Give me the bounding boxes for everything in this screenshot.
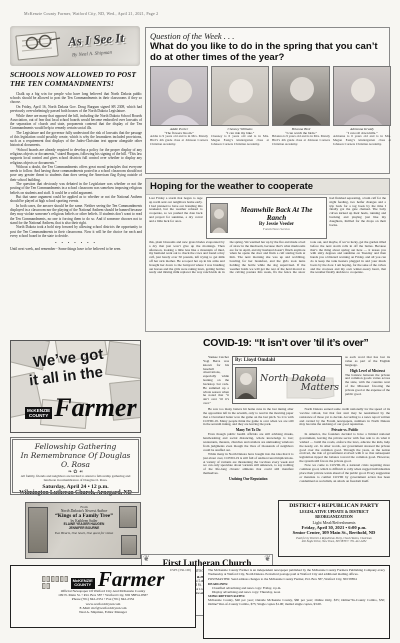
article-body: Chalk up a big win for people who have l… [10, 92, 142, 251]
child-silhouette-icon [334, 67, 391, 126]
banner-title: As I See It [68, 30, 125, 50]
legal-postmaster: POSTMASTER: Send address changes to the … [208, 578, 385, 582]
article-closing: Until next week, and remember - Some thi… [10, 247, 142, 251]
omdahl-column-box: By: Lloyd Omdahl North Dakota Matters [232, 356, 342, 404]
book-tagline: Two Hearts, One heart, One quest for vis… [52, 531, 116, 535]
covid-body: He saw too many batters hit home runs in… [203, 408, 390, 496]
question-of-week-box: Question of the Week . . . What do you l… [145, 27, 390, 174]
ranch-credit: Forum News Service [231, 227, 323, 231]
fellowship-ad: Fellowship Gathering In Remembrance Of D… [10, 437, 141, 495]
article-paragraph: But that same argument could be applied … [10, 195, 142, 203]
child-photo [333, 66, 391, 126]
ranch-col-left: Last Friday a storm that began to rage u… [149, 197, 203, 239]
covid-subhead: Undoing Our Reputation [203, 477, 294, 481]
corner-flourish-icon: ❦ [143, 554, 150, 563]
masthead-editor: Neal A. Shipman, Editor Manager [15, 610, 191, 614]
legal-rates: McKenzie County, $40 per year; Outside M… [208, 599, 385, 607]
covid-paragraph: Now we come to COVID-19, a national cris… [300, 464, 391, 483]
nd-matters-logo-line2: Matters [260, 383, 339, 393]
child-bio: Chesney is 6 years old and is in Mrs. Me… [211, 135, 269, 146]
child-photo [150, 66, 208, 126]
banner-byline: By Neal A. Shipman [72, 51, 112, 59]
section-separator: • • • • • • • [10, 240, 142, 245]
covid-headline: COVID-19: “It isn’t over ’til it’s over” [203, 338, 368, 349]
qotw-photo-row: Addie Porter “The flowers bloom.” Addie … [150, 66, 385, 146]
legal-paragraph: The McKenzie County Farmer is an indepen… [208, 569, 385, 577]
district4-where: Senior Center, 309 Main St., Berthold, N… [282, 530, 386, 535]
portrait-silhouette-icon [211, 205, 227, 233]
child-bio: Adrianna is 6 years old and is in Mrs. M… [333, 135, 391, 146]
article-headline: SCHOOLS NOW ALLOWED TO POST THE TEN COMM… [10, 70, 142, 89]
child-silhouette-icon [273, 67, 330, 126]
district4-ad: DISTRICT 4 REPUBLICAN PARTY LEGISLATIVE … [278, 500, 390, 557]
article-paragraph: The Legislature and the governor fully u… [10, 131, 142, 148]
newspaper-page: McKenzie County Farmer, Watford City, ND… [0, 0, 400, 643]
ranch-column-title: Meanwhile Back At The Ranch [231, 206, 323, 222]
lloyd-omdahl-photo [235, 367, 257, 399]
covid-lead-right-p1: as each word that has lost its value as … [345, 356, 390, 368]
child-bio: Addie is 9 years old and is in Mrs. Mand… [150, 135, 208, 146]
ranch-body: this, plant blossoms and new grass blade… [146, 239, 389, 331]
qotw-card: Chesney Williams “I can ride my bike.” C… [211, 66, 269, 146]
article-paragraph: On Friday, April 16, North Dakota Gov. D… [10, 105, 142, 113]
ranch-col-right: had finished separating, a bum calf for … [330, 197, 387, 239]
covid-lead-right-p2: The balance between the private and comm… [345, 374, 390, 397]
fellowship-body: All family, friends and neighbors are in… [17, 475, 134, 483]
collage-fragment [105, 341, 140, 379]
corner-flourish-icon: ❦ [264, 554, 271, 563]
logo-county-line2: COUNTY [27, 413, 50, 418]
ranch-headline: Hoping for the weather to cooperate [146, 179, 389, 195]
jessie-veeder-photo [210, 203, 228, 233]
author-photo [121, 535, 137, 555]
child-bio: Brianna is 9 years old and is in Mrs. Ma… [272, 135, 330, 146]
covid-lead-left: Yankee Catcher Yogi Berra was known for … [203, 356, 229, 406]
article-paragraph: “School boards are already required to d… [10, 148, 142, 165]
farmer-logo: McKENZIE COUNTY Farmer [25, 397, 137, 419]
as-i-see-it-banner: As I See It By Neal A. Shipman [10, 26, 140, 66]
qotw-card: Adrianna Kraidy “I can roll down hills.”… [333, 66, 391, 146]
article-paragraph: Without a doubt, the Ten Commandments of… [10, 165, 142, 182]
newspaper-glasses-icon [14, 29, 66, 68]
portrait-silhouette-icon [236, 369, 256, 399]
qotw-question: What do you like to do in the spring tha… [150, 42, 385, 63]
article-paragraph: While there are many that opposed the bi… [10, 114, 142, 131]
stamps-icon [42, 576, 68, 589]
child-silhouette-icon [212, 67, 269, 126]
fellowship-where: Wilmington Lutheran Church, Arnegard, ND [17, 490, 134, 496]
article-paragraph: The question that obviously was debated … [10, 182, 142, 194]
running-head: McKenzie County Farmer, Watford City, ND… [24, 11, 264, 16]
child-photo [211, 66, 269, 126]
covid-subhead: High Level of Mistrust [345, 369, 390, 373]
masthead-county-line2: COUNTY [73, 583, 93, 588]
fellowship-script2: In Remembrance Of Douglas O. Rosa [17, 451, 134, 469]
covid-paragraph: In America, the founders decided to have… [300, 433, 391, 464]
ranch-column-box: Meanwhile Back At The Ranch By Jessie Ve… [206, 197, 327, 239]
district4-fineprint2: 402 Eagle Drive, New Town, ND 58763 • 70… [282, 540, 386, 543]
child-photo [272, 66, 330, 126]
author-photo [119, 506, 137, 528]
covid-paragraph: Even though public health officials are … [203, 433, 294, 452]
masthead-farmer-word: Farmer [98, 571, 165, 589]
covid-paragraph: North Dakota earned some credit national… [300, 408, 391, 427]
district4-subtitle: LEGISLATIVE UPDATE & DISTRICT REORGANIZA… [282, 509, 386, 519]
article-paragraph: North Dakota took a bold step forward by… [10, 225, 142, 237]
child-silhouette-icon [151, 67, 208, 126]
legal-box: The McKenzie County Farmer is an indepen… [203, 565, 390, 639]
article-paragraph: In both cases, the answer should be the … [10, 204, 142, 225]
qotw-title: Question of the Week . . . [150, 31, 385, 41]
qotw-card: Addie Porter “The flowers bloom.” Addie … [150, 66, 208, 146]
covid-paragraph: While many in North Dakota have bought i… [203, 453, 294, 476]
ranch-section: Hoping for the weather to cooperate Last… [145, 178, 390, 332]
article-paragraph: Chalk up a big win for people who have l… [10, 92, 142, 104]
farmer-house-ad: We’ve got it all in the McKENZIE COUNTY … [10, 340, 141, 433]
logo-farmer-word: Farmer [54, 397, 136, 419]
fellowship-script1: Fellowship Gathering [17, 442, 134, 451]
qotw-card: Brianna Bird “I can watch the birds.” Br… [272, 66, 330, 146]
covid-lead-row: Yankee Catcher Yogi Berra was known for … [203, 356, 390, 406]
tree-photo [28, 507, 48, 553]
covid-byline: By: Lloyd Omdahl [233, 357, 341, 365]
covid-paragraph: He saw too many batters hit home runs in… [203, 408, 294, 427]
book-ad: From North Dakota’s Newest Author “Kings… [25, 502, 141, 559]
masthead-box: USPS (336-100) McKENZIE COUNTY Farmer Of… [10, 565, 196, 628]
